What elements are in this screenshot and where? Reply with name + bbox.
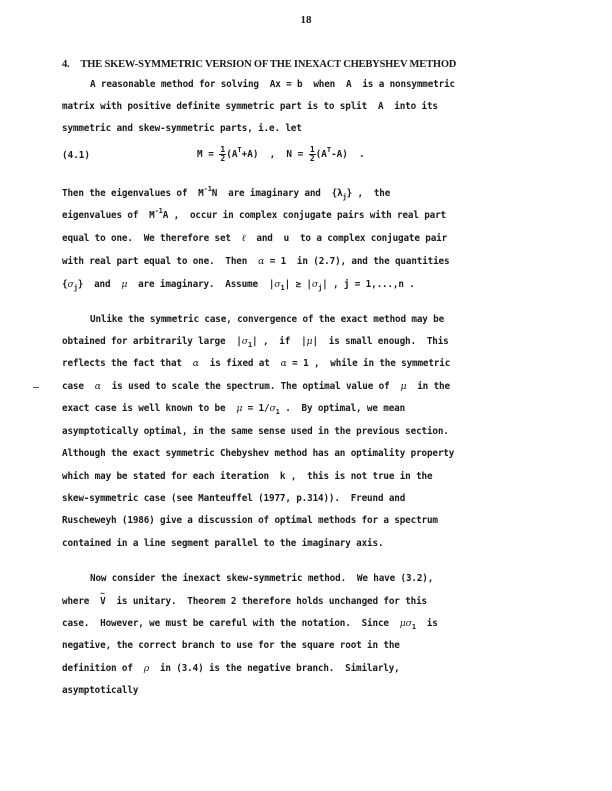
text: equal to one. We therefore set — [62, 233, 242, 244]
paragraph-line: negative, the correct branch to use for … — [62, 640, 400, 652]
paragraph-line: symmetric and skew-symmetric parts, i.e.… — [62, 123, 302, 135]
page-number: 18 — [0, 14, 612, 26]
paragraph-line: with real part equal to one. Then α = 1 … — [62, 256, 449, 268]
equation-label: (4.1) — [62, 150, 90, 161]
frac-denominator: 2 — [309, 155, 316, 163]
eq-text: +A) , N = — [242, 149, 309, 160]
text: | is small enough. This — [312, 336, 448, 347]
eq-text: (A — [316, 149, 327, 160]
paragraph-line: where V is unitary. Theorem 2 therefore … — [62, 596, 427, 608]
text: | , j = 1,...,n . — [322, 279, 415, 290]
paragraph-line: matrix with positive definite symmetric … — [62, 101, 438, 113]
text: obtained for arbitrarily large | — [62, 336, 242, 347]
paragraph-line: Then the eigenvalues of M-1N are imagina… — [62, 188, 390, 200]
math-symbol-v-tilde: V — [100, 596, 105, 608]
text: is used to scale the spectrum. The optim… — [101, 381, 401, 392]
paragraph-line: asymptotically — [62, 685, 138, 697]
text: definition of — [62, 663, 144, 674]
equation-4-1: M = 12(AT+A) , N = 12(AT-A) . — [197, 146, 365, 163]
text: in (3.4) is the negative branch. Similar… — [149, 663, 400, 674]
text: is — [416, 618, 438, 629]
paragraph-line: Although the exact symmetric Chebyshev m… — [62, 448, 454, 460]
section-title: THE SKEW-SYMMETRIC VERSION OF THE INEXAC… — [80, 59, 456, 70]
text: } and — [78, 279, 122, 290]
eq-text: (A — [226, 149, 237, 160]
paragraph-line: exact case is well known to be μ = 1/σ1 … — [62, 403, 405, 415]
paragraph-line: skew-symmetric case (see Manteuffel (197… — [62, 493, 405, 505]
text: = 1 , while in the symmetric — [287, 358, 450, 369]
sup: -1 — [204, 185, 212, 193]
paragraph-line: obtained for arbitrarily large |σ1| , if… — [62, 336, 449, 348]
text: in the — [406, 381, 450, 392]
text: eigenvalues of M — [62, 210, 155, 221]
text: } , the — [347, 188, 391, 199]
paragraph-line: equal to one. We therefore set ℓ and u t… — [62, 233, 447, 245]
text: is unitary. Theorem 2 therefore holds un… — [106, 596, 427, 607]
text: exact case is well known to be — [62, 403, 236, 414]
paragraph-line: case α is used to scale the spectrum. Th… — [62, 381, 450, 393]
sup: -1 — [155, 207, 163, 215]
text: A , occur in complex conjugate pairs wit… — [163, 210, 446, 221]
text: = 1/ — [242, 403, 269, 414]
text: is fixed at — [199, 358, 281, 369]
text: . By optimal, we mean — [280, 403, 405, 414]
paragraph-line: definition of ρ in (3.4) is the negative… — [62, 663, 400, 675]
text: are imaginary. Assume | — [127, 279, 274, 290]
paragraph-line: eigenvalues of M-1A , occur in complex c… — [62, 210, 446, 222]
text: | ≳ | — [285, 279, 312, 290]
text: case — [62, 381, 95, 392]
text: Then the eigenvalues of M — [62, 188, 204, 199]
paragraph-line: reflects the fact that α is fixed at α =… — [62, 358, 450, 370]
paragraph-line: asymptotically optimal, in the same sens… — [62, 426, 449, 438]
text: reflects the fact that — [62, 358, 193, 369]
paragraph-line: contained in a line segment parallel to … — [62, 538, 383, 550]
paragraph-line: Ruscheweyh (1986) give a discussion of o… — [62, 515, 438, 527]
text: | , if | — [252, 336, 306, 347]
text: case. However, we must be careful with t… — [62, 618, 400, 629]
text: = 1 in (2.7), and the quantities — [264, 256, 449, 267]
section-number: 4. — [62, 59, 69, 70]
fraction-half: 12 — [309, 146, 316, 163]
text: and u to a complex conjugate pair — [246, 233, 448, 244]
paragraph-line: which may be stated for each iteration k… — [62, 471, 432, 483]
paragraph-line: Now consider the inexact skew-symmetric … — [90, 573, 433, 585]
paragraph-line: Unlike the symmetric case, convergence o… — [90, 314, 444, 326]
text: where — [62, 596, 100, 607]
math-symbol: μσ — [400, 618, 412, 629]
paragraph-line: {σj} and μ are imaginary. Assume |σ1| ≳ … — [62, 279, 415, 291]
eq-text: -A) . — [331, 149, 365, 160]
eq-text: M = — [197, 149, 219, 160]
text: N are imaginary and {λ — [212, 188, 343, 199]
section-heading: 4.THE SKEW-SYMMETRIC VERSION OF THE INEX… — [62, 59, 456, 70]
paragraph-line: case. However, we must be careful with t… — [62, 618, 438, 630]
paragraph-line: A reasonable method for solving Ax = b w… — [90, 79, 455, 91]
margin-mark — [33, 387, 39, 388]
text: with real part equal to one. Then — [62, 256, 258, 267]
